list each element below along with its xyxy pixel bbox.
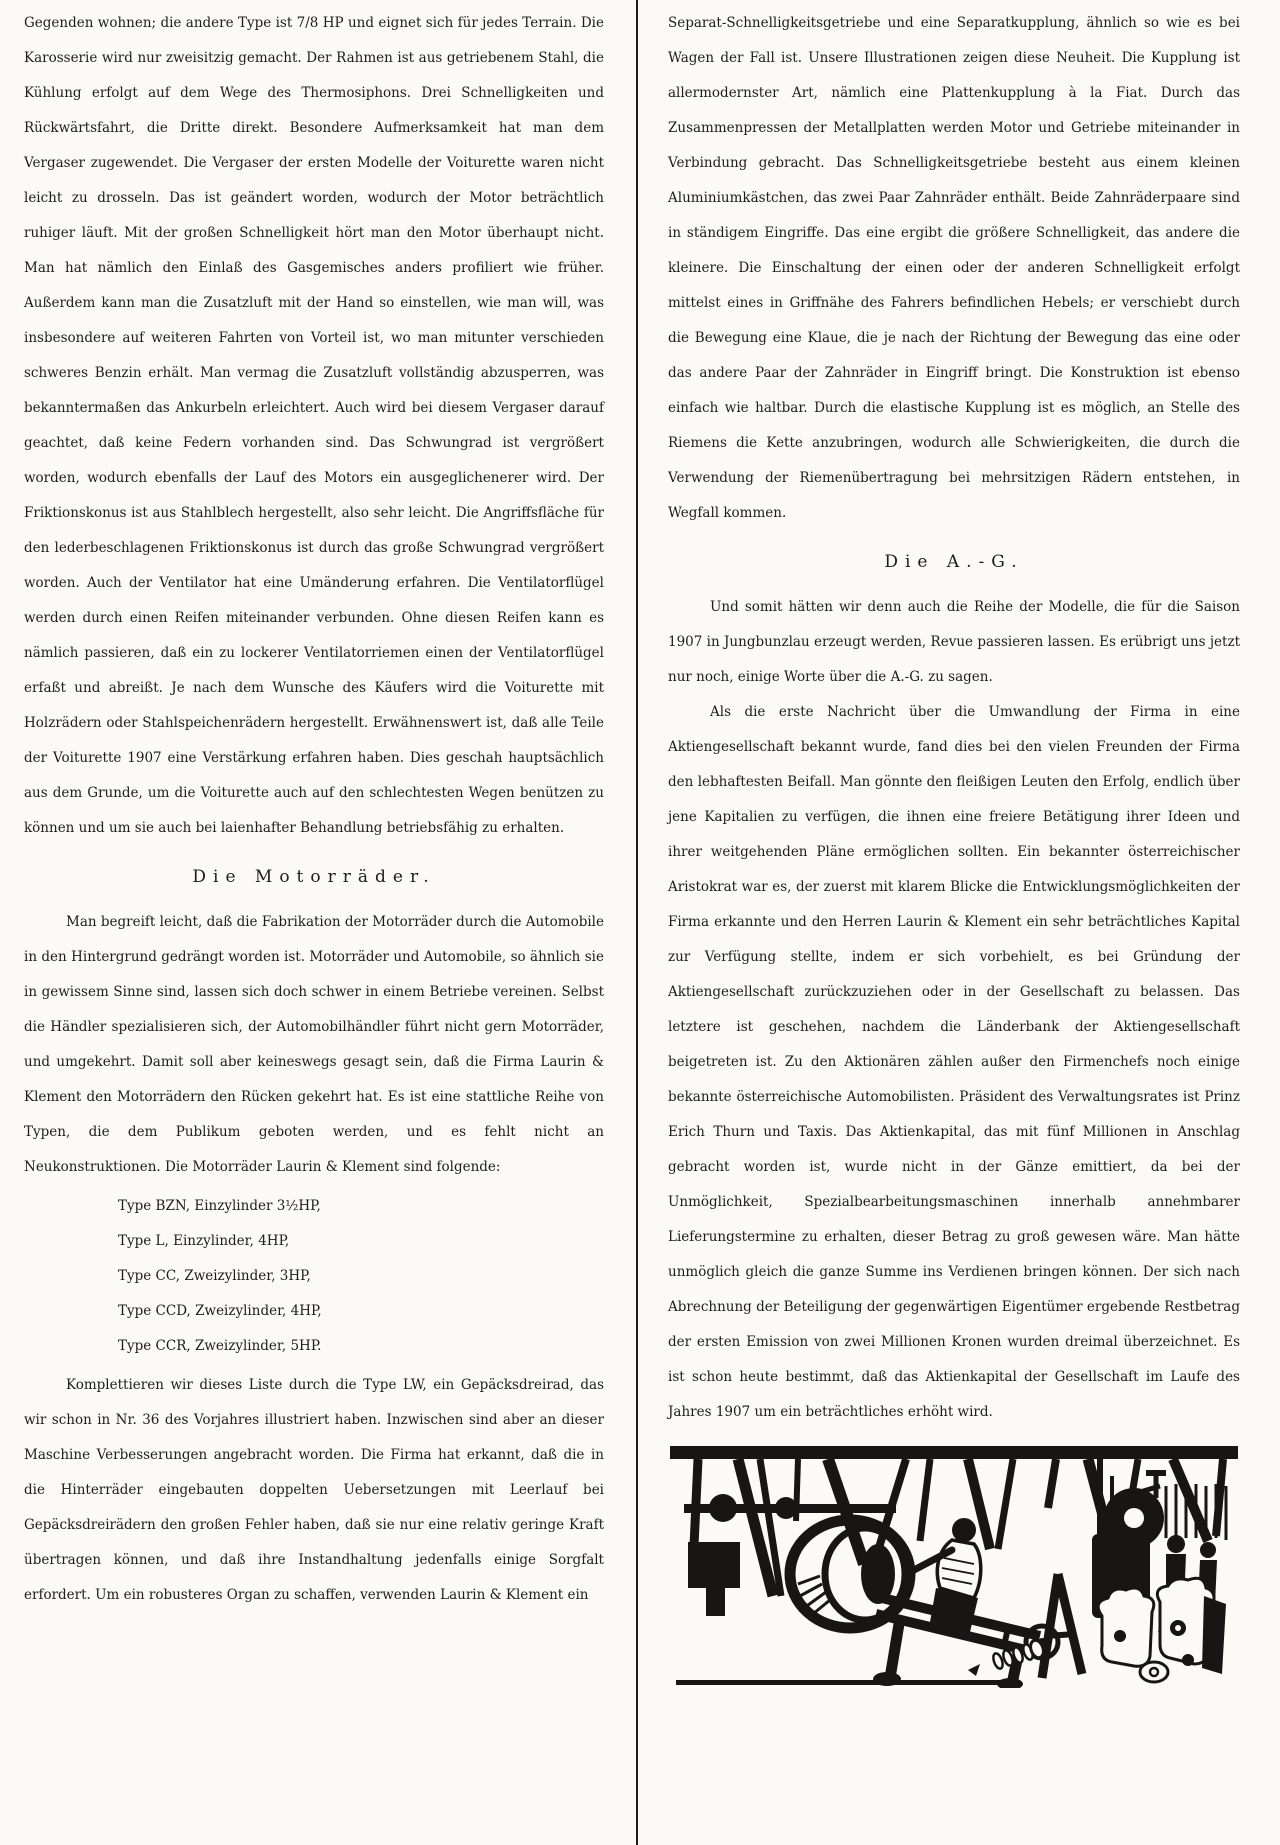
motorcycle-type-list: Type BZN, Einzylinder 3½HP, Type L, Einz…: [118, 1189, 604, 1364]
paragraph-getriebe: Separat-Schnelligkeitsgetriebe und eine …: [668, 6, 1240, 531]
right-column: Separat-Schnelligkeitsgetriebe und eine …: [668, 6, 1240, 1688]
list-item: Type CCD, Zweizylinder, 4HP,: [118, 1294, 604, 1329]
paragraph-motorraeder: Man begreift leicht, daß die Fabrikation…: [24, 905, 604, 1185]
list-item: Type CC, Zweizylinder, 3HP,: [118, 1259, 604, 1294]
workshop-engraving-icon: [668, 1446, 1240, 1688]
list-item: Type L, Einzylinder, 4HP,: [118, 1224, 604, 1259]
heading-motorraeder: Die Motorräder.: [24, 860, 604, 895]
paragraph-revue: Und somit hätten wir denn auch die Reihe…: [668, 590, 1240, 695]
left-column: Gegenden wohnen; die andere Type ist 7/8…: [24, 6, 604, 1613]
list-item: Type CCR, Zweizylinder, 5HP.: [118, 1329, 604, 1364]
paragraph-voiturette: Gegenden wohnen; die andere Type ist 7/8…: [24, 6, 604, 846]
factory-workshop-illustration: [668, 1446, 1240, 1688]
heading-ag: Die A.-G.: [668, 545, 1240, 580]
scanned-journal-page: Gegenden wohnen; die andere Type ist 7/8…: [0, 0, 1280, 1845]
paragraph-aktiengesellschaft: Als die erste Nachricht über die Umwandl…: [668, 695, 1240, 1430]
paragraph-type-lw: Komplettieren wir dieses Liste durch die…: [24, 1368, 604, 1613]
column-divider: [636, 0, 638, 1845]
list-item: Type BZN, Einzylinder 3½HP,: [118, 1189, 604, 1224]
